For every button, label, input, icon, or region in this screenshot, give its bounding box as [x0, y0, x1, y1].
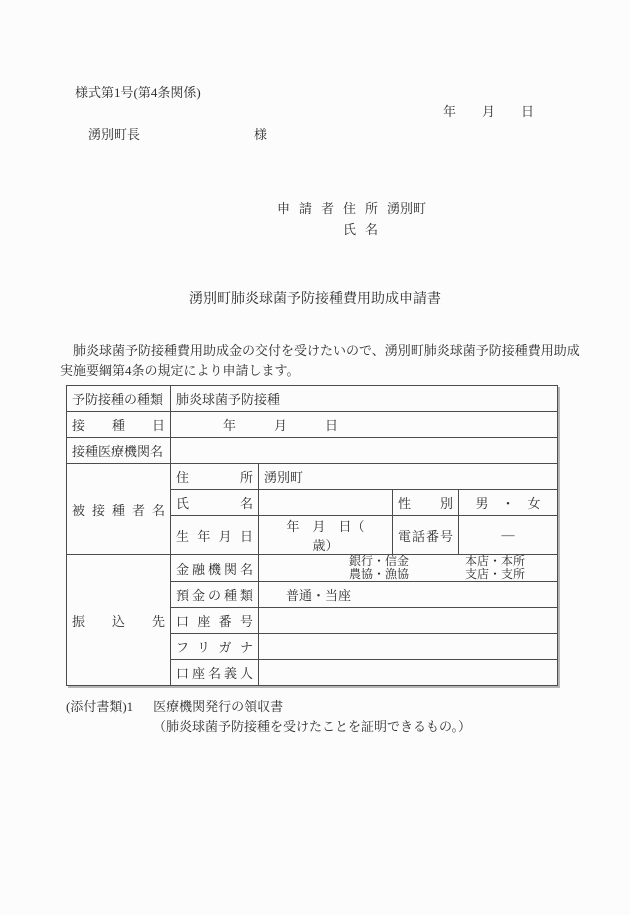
account-number-value-cell — [259, 608, 558, 634]
bank-value-cell: 銀行・信金 農協・漁協 本店・本所 支店・支所 — [259, 555, 558, 582]
bank-type-line2: 農協・漁協 — [349, 568, 409, 581]
applicant-address-value: 湧別町 — [387, 201, 426, 216]
table-row: 予防接種の種類 肺炎球菌予防接種 — [67, 386, 558, 412]
table-row: 接種医療機関名 — [67, 438, 558, 464]
applicant-name-label: 氏名 — [343, 222, 387, 237]
vaccination-date-value-cell: 年 月 日 — [171, 412, 558, 438]
attachments-block: (添付書類)1医療機関発行の領収書 （肺炎球菌予防接種を受けたことを証明できるも… — [66, 697, 471, 737]
vaccinee-address-label-cell: 住所 — [171, 464, 259, 490]
account-number-label-cell: 口座番号 — [171, 608, 259, 634]
vaccine-type-label-cell: 予防接種の種類 — [67, 386, 171, 412]
account-holder-value-cell — [259, 660, 558, 686]
vaccination-date-label-cell: 接種日 — [67, 412, 171, 438]
medical-institution-value-cell — [171, 438, 558, 464]
bank-type-options: 銀行・信金 農協・漁協 — [349, 555, 409, 581]
vaccinee-name-value-cell — [259, 490, 393, 516]
applicant-name-line: 氏名 — [343, 219, 426, 240]
phone-label-cell: 電話番号 — [393, 516, 459, 555]
attachments-note: （肺炎球菌予防接種を受けたことを証明できるもの。） — [153, 717, 471, 737]
birthdate-value-cell: 年 月 日（ 歳） — [259, 516, 393, 555]
applicant-block: 申請者住所湧別町 氏名 — [277, 198, 426, 240]
vaccinee-group-label-cell: 被接種者名 — [67, 464, 171, 555]
bank-options: 銀行・信金 農協・漁協 本店・本所 支店・支所 — [264, 555, 552, 581]
furigana-label-cell: フリガナ — [171, 634, 259, 660]
deposit-type-label-cell: 預金の種類 — [171, 582, 259, 608]
attachments-label: (添付書類)1 — [66, 699, 133, 714]
vaccinee-address-value-cell: 湧別町 — [259, 464, 558, 490]
phone-value-cell: ― — [459, 516, 558, 555]
addressee-honorific: 様 — [254, 124, 267, 143]
branch-type-options: 本店・本所 支店・支所 — [465, 555, 525, 581]
attachments-document: 医療機関発行の領収書 — [153, 699, 283, 714]
deposit-type-value-cell: 普通・当座 — [259, 582, 558, 608]
issue-date-line: 年 月 日 — [443, 101, 534, 120]
application-form-table: 予防接種の種類 肺炎球菌予防接種 接種日 年 月 日 接種医療機関名 被接種者名… — [66, 385, 558, 686]
addressee-line: 湧別町長 様 — [88, 124, 267, 143]
bank-label-cell: 金融機関名 — [171, 555, 259, 582]
vaccinee-name-label-cell: 氏名 — [171, 490, 259, 516]
applicant-address-label: 申請者住所 — [277, 201, 387, 216]
sex-value-cell: 男 ・ 女 — [459, 490, 558, 516]
medical-institution-label-cell: 接種医療機関名 — [67, 438, 171, 464]
table-row: 接種日 年 月 日 — [67, 412, 558, 438]
furigana-value-cell — [259, 634, 558, 660]
transfer-group-label-cell: 振込先 — [67, 555, 171, 686]
table-row: 被接種者名 住所 湧別町 — [67, 464, 558, 490]
branch-type-line2: 支店・支所 — [465, 568, 525, 581]
application-form-page: 様式第1号(第4条関係) 年 月 日 湧別町長 様 申請者住所湧別町 氏名 湧別… — [0, 0, 630, 915]
document-title: 湧別町肺炎球菌予防接種費用助成申請書 — [20, 288, 610, 308]
vaccine-type-value-cell: 肺炎球菌予防接種 — [171, 386, 558, 412]
applicant-address-line: 申請者住所湧別町 — [277, 198, 426, 219]
birthdate-label-cell: 生年月日 — [171, 516, 259, 555]
sex-label-cell: 性別 — [393, 490, 459, 516]
form-code: 様式第1号(第4条関係) — [75, 82, 201, 101]
account-holder-label-cell: 口座名義人 — [171, 660, 259, 686]
attachments-line1: (添付書類)1医療機関発行の領収書 — [66, 697, 471, 717]
addressee-name: 湧別町長 — [88, 124, 140, 143]
table-row: 振込先 金融機関名 銀行・信金 農協・漁協 本店・本所 支店・支所 — [67, 555, 558, 582]
application-statement: 肺炎球菌予防接種費用助成金の交付を受けたいので、湧別町肺炎球菌予防接種費用助成実… — [60, 341, 586, 381]
